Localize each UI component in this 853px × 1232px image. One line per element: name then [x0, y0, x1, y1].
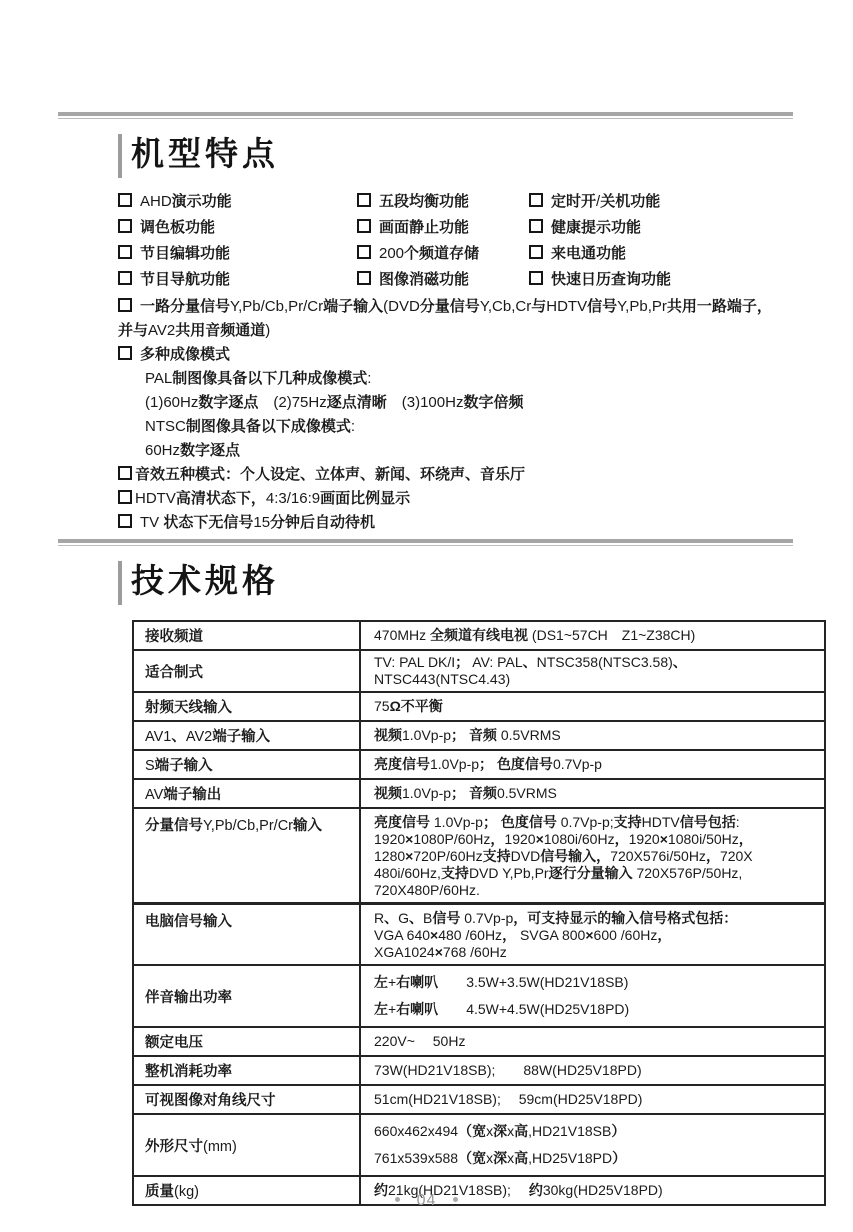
value-line: 73W(HD21V18SB); 88W(HD25V18PD): [374, 1062, 820, 1079]
spec-value-cell: 51cm(HD21V18SB); 59cm(HD25V18PD): [360, 1085, 825, 1114]
spec-row: AV端子输出 视频1.0Vp-p； 音频0.5VRMS: [133, 779, 825, 808]
feature-item-label: 五段均衡功能: [379, 193, 469, 210]
feature-line-label: 一路分量信号Y,Pb/Cb,Pr/Cr端子输入(DVD分量信号Y,Cb,Cr与H…: [140, 298, 772, 315]
spec-row: 适合制式 TV: PAL DK/I； AV: PAL、NTSC358(NTSC3…: [133, 650, 825, 692]
manual-page: 机型特点 AHD演示功能 五段均衡功能 定时开/关机功能 调色板功能 画面静止功…: [0, 0, 853, 1232]
spec-row: 电脑信号输入 R、G、B信号 0.7Vp-p，可支持显示的输入信号格式包括：VG…: [133, 904, 825, 966]
spec-value-cell: 亮度信号 1.0Vp-p； 色度信号 0.7Vp-p;支持HDTV信号包括:19…: [360, 808, 825, 904]
checkbox-icon: [357, 245, 371, 259]
checkbox-icon: [118, 219, 132, 233]
spec-row: 接收频道 470MHz 全频道有线电视 (DS1~57CH Z1~Z38CH): [133, 621, 825, 650]
feature-item: 快速日历查询功能: [529, 267, 853, 293]
feature-item: AHD演示功能: [118, 189, 357, 215]
feature-line: TV 状态下无信号15分钟后自动待机: [118, 511, 853, 535]
spec-row: S端子输入 亮度信号1.0Vp-p； 色度信号0.7Vp-p: [133, 750, 825, 779]
feature-item: 画面静止功能: [357, 215, 529, 241]
feature-line: 一路分量信号Y,Pb/Cb,Pr/Cr端子输入(DVD分量信号Y,Cb,Cr与H…: [118, 295, 853, 319]
spec-label-cell: 适合制式: [133, 650, 360, 692]
checkbox-icon: [357, 219, 371, 233]
checkbox-icon: [357, 271, 371, 285]
value-line: 720X480P/60Hz.: [374, 882, 820, 899]
feature-line-label: 并与AV2共用音频通道): [118, 322, 270, 339]
spec-row: 伴音输出功率 左+右喇叭 3.5W+3.5W(HD21V18SB)左+右喇叭 4…: [133, 965, 825, 1027]
spec-label-cell: S端子输入: [133, 750, 360, 779]
value-line: 左+右喇叭 4.5W+4.5W(HD25V18PD): [374, 996, 820, 1023]
feature-line: HDTV高清状态下，4:3/16:9画面比例显示: [118, 487, 853, 511]
value-line: R、G、B信号 0.7Vp-p，可支持显示的输入信号格式包括：: [374, 910, 820, 927]
spec-value-cell: R、G、B信号 0.7Vp-p，可支持显示的输入信号格式包括：VGA 640×4…: [360, 904, 825, 966]
checkbox-icon: [529, 245, 543, 259]
feature-item: 图像消磁功能: [357, 267, 529, 293]
feature-line-label: HDTV高清状态下，4:3/16:9画面比例显示: [135, 490, 410, 507]
spec-label-cell: 整机消耗功率: [133, 1056, 360, 1085]
value-line: 470MHz 全频道有线电视 (DS1~57CH Z1~Z38CH): [374, 627, 820, 644]
features-section-header: 机型特点: [118, 129, 853, 179]
specs-section-title: 技术规格: [131, 556, 279, 606]
feature-item-label: 画面静止功能: [379, 219, 469, 236]
spec-label-cell: 外形尺寸(mm): [133, 1114, 360, 1176]
feature-lines: 一路分量信号Y,Pb/Cb,Pr/Cr端子输入(DVD分量信号Y,Cb,Cr与H…: [118, 295, 853, 535]
spec-value-cell: 视频1.0Vp-p； 音频 0.5VRMS: [360, 721, 825, 750]
value-line: 480i/60Hz,支持DVD Y,Pb,Pr逐行分量输入 720X576P/5…: [374, 865, 820, 882]
feature-item-label: 快速日历查询功能: [551, 271, 671, 288]
section-divider-specs: [58, 539, 793, 546]
spec-label-cell: 额定电压: [133, 1027, 360, 1056]
spec-row: AV1、AV2端子输入 视频1.0Vp-p； 音频 0.5VRMS: [133, 721, 825, 750]
feature-item-label: 调色板功能: [140, 219, 215, 236]
spec-label-cell: 分量信号Y,Pb/Cb,Pr/Cr输入: [133, 808, 360, 904]
feature-line-label: 多种成像模式: [140, 346, 230, 363]
feature-line: 音效五种模式：个人设定、立体声、新闻、环绕声、音乐厅: [118, 463, 853, 487]
checkbox-icon: [118, 245, 132, 259]
feature-line-label: 音效五种模式：个人设定、立体声、新闻、环绕声、音乐厅: [135, 466, 525, 483]
checkbox-icon: [118, 466, 132, 480]
spec-value-cell: TV: PAL DK/I； AV: PAL、NTSC358(NTSC3.58)、…: [360, 650, 825, 692]
value-line: 视频1.0Vp-p； 音频0.5VRMS: [374, 785, 820, 802]
feature-subline: (1)60Hz数字逐点 (2)75Hz逐点清晰 (3)100Hz数字倍频: [145, 391, 853, 415]
feature-item: 定时开/关机功能: [529, 189, 853, 215]
feature-item-label: 定时开/关机功能: [551, 193, 660, 210]
checkbox-icon: [118, 298, 132, 312]
checkbox-icon: [357, 193, 371, 207]
feature-item: 200个频道存储: [357, 241, 529, 267]
footer-dot: [453, 1197, 458, 1202]
spec-value-cell: 220V~ 50Hz: [360, 1027, 825, 1056]
feature-line-continuation: 并与AV2共用音频通道): [118, 319, 853, 343]
feature-item: 节目导航功能: [118, 267, 357, 293]
checkbox-icon: [118, 490, 132, 504]
specs-table: 接收频道 470MHz 全频道有线电视 (DS1~57CH Z1~Z38CH) …: [132, 620, 826, 1206]
feature-item-label: 健康提示功能: [551, 219, 641, 236]
value-line: 220V~ 50Hz: [374, 1033, 820, 1050]
feature-item-label: 200个频道存储: [379, 245, 479, 262]
spec-row: 可视图像对角线尺寸 51cm(HD21V18SB); 59cm(HD25V18P…: [133, 1085, 825, 1114]
features-section-title: 机型特点: [131, 129, 279, 179]
value-line: VGA 640×480 /60Hz， SVGA 800×600 /60Hz，: [374, 927, 820, 944]
value-line: TV: PAL DK/I； AV: PAL、NTSC358(NTSC3.58)、: [374, 654, 820, 671]
value-line: 660x462x494（宽x深x高,HD21V18SB）: [374, 1118, 820, 1145]
spec-label-cell: AV1、AV2端子输入: [133, 721, 360, 750]
checkbox-icon: [118, 193, 132, 207]
spec-row: 分量信号Y,Pb/Cb,Pr/Cr输入 亮度信号 1.0Vp-p； 色度信号 0…: [133, 808, 825, 904]
feature-line-label: (1)60Hz数字逐点 (2)75Hz逐点清晰 (3)100Hz数字倍频: [145, 394, 523, 411]
value-line: 亮度信号1.0Vp-p； 色度信号0.7Vp-p: [374, 756, 820, 773]
feature-grid: AHD演示功能 五段均衡功能 定时开/关机功能 调色板功能 画面静止功能 健康提…: [118, 189, 853, 293]
feature-item: 五段均衡功能: [357, 189, 529, 215]
feature-line: 多种成像模式: [118, 343, 853, 367]
value-line: 51cm(HD21V18SB); 59cm(HD25V18PD): [374, 1091, 820, 1108]
value-line: 1280×720P/60Hz支持DVD信号输入，720X576i/50Hz，72…: [374, 848, 820, 865]
spec-row: 外形尺寸(mm) 660x462x494（宽x深x高,HD21V18SB）761…: [133, 1114, 825, 1176]
checkbox-icon: [118, 271, 132, 285]
value-line: 75Ω不平衡: [374, 698, 820, 715]
feature-item-label: 节目编辑功能: [140, 245, 230, 262]
value-line: NTSC443(NTSC4.43): [374, 671, 820, 688]
spec-label-cell: 电脑信号输入: [133, 904, 360, 966]
checkbox-icon: [529, 193, 543, 207]
spec-label-cell: 接收频道: [133, 621, 360, 650]
spec-value-cell: 73W(HD21V18SB); 88W(HD25V18PD): [360, 1056, 825, 1085]
spec-row: 整机消耗功率 73W(HD21V18SB); 88W(HD25V18PD): [133, 1056, 825, 1085]
feature-item-label: AHD演示功能: [140, 193, 232, 210]
section-divider-top: [58, 112, 793, 119]
feature-subline: 60Hz数字逐点: [145, 439, 853, 463]
feature-subline: PAL制图像具备以下几种成像模式:: [145, 367, 853, 391]
spec-value-cell: 75Ω不平衡: [360, 692, 825, 721]
page-number: 04: [417, 1192, 437, 1209]
value-line: XGA1024×768 /60Hz: [374, 944, 820, 961]
checkbox-icon: [529, 271, 543, 285]
feature-item-label: 来电通功能: [551, 245, 626, 262]
value-line: 左+右喇叭 3.5W+3.5W(HD21V18SB): [374, 969, 820, 996]
feature-line-label: NTSC制图像具备以下成像模式:: [145, 418, 355, 435]
checkbox-icon: [529, 219, 543, 233]
value-line: 1920×1080P/60Hz，1920×1080i/60Hz，1920×108…: [374, 831, 820, 848]
spec-value-cell: 亮度信号1.0Vp-p； 色度信号0.7Vp-p: [360, 750, 825, 779]
feature-line-label: TV 状态下无信号15分钟后自动待机: [140, 514, 375, 531]
feature-subline: NTSC制图像具备以下成像模式:: [145, 415, 853, 439]
section-title-bar: [118, 561, 122, 605]
feature-line-label: PAL制图像具备以下几种成像模式:: [145, 370, 371, 387]
features-section: AHD演示功能 五段均衡功能 定时开/关机功能 调色板功能 画面静止功能 健康提…: [118, 189, 853, 535]
specs-section-header: 技术规格: [118, 556, 853, 606]
spec-value-cell: 视频1.0Vp-p； 音频0.5VRMS: [360, 779, 825, 808]
spec-value-cell: 660x462x494（宽x深x高,HD21V18SB）761x539x588（…: [360, 1114, 825, 1176]
spec-label-cell: 射频天线输入: [133, 692, 360, 721]
spec-value-cell: 470MHz 全频道有线电视 (DS1~57CH Z1~Z38CH): [360, 621, 825, 650]
feature-item: 来电通功能: [529, 241, 853, 267]
feature-item-label: 节目导航功能: [140, 271, 230, 288]
spec-label-cell: AV端子输出: [133, 779, 360, 808]
spec-value-cell: 左+右喇叭 3.5W+3.5W(HD21V18SB)左+右喇叭 4.5W+4.5…: [360, 965, 825, 1027]
value-line: 视频1.0Vp-p； 音频 0.5VRMS: [374, 727, 820, 744]
feature-item: 节目编辑功能: [118, 241, 357, 267]
value-line: 亮度信号 1.0Vp-p； 色度信号 0.7Vp-p;支持HDTV信号包括:: [374, 814, 820, 831]
spec-row: 射频天线输入 75Ω不平衡: [133, 692, 825, 721]
section-title-bar: [118, 134, 122, 178]
feature-item: 调色板功能: [118, 215, 357, 241]
footer-dot: [395, 1197, 400, 1202]
checkbox-icon: [118, 514, 132, 528]
spec-label-cell: 伴音输出功率: [133, 965, 360, 1027]
page-footer: 04: [0, 1192, 853, 1210]
value-line: 761x539x588（宽x深x高,HD25V18PD）: [374, 1145, 820, 1172]
feature-item: 健康提示功能: [529, 215, 853, 241]
spec-label-cell: 可视图像对角线尺寸: [133, 1085, 360, 1114]
spec-row: 额定电压 220V~ 50Hz: [133, 1027, 825, 1056]
feature-line-label: 60Hz数字逐点: [145, 442, 240, 459]
checkbox-icon: [118, 346, 132, 360]
feature-item-label: 图像消磁功能: [379, 271, 469, 288]
